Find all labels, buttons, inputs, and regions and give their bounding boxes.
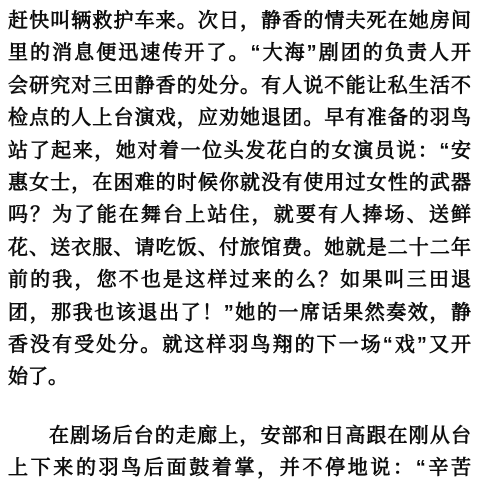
text-line: 站了起来，她对着一位头发花白的女演员说：“安 (8, 135, 471, 167)
text-line: 在剧场后台的走廊上，安部和日高跟在刚从台 (8, 420, 471, 452)
text-line: 团，那我也该退出了！”她的一席话果然奏效，静 (8, 297, 471, 329)
text-line: 上下来的羽鸟后面鼓着掌，并不停地说：“辛苦 (8, 452, 471, 484)
paragraph-2: 在剧场后台的走廊上，安部和日高跟在刚从台 上下来的羽鸟后面鼓着掌，并不停地说：“… (8, 420, 471, 485)
text-line: 赶快叫辆救护车来。次日，静香的情夫死在她房间 (8, 5, 471, 37)
text-line: 前的我，您不也是这样过来的么？如果叫三田退 (8, 264, 471, 296)
text-line: 惠女士，在困难的时候你就没有使用过女性的武器 (8, 167, 471, 199)
text-line: 花、送衣服、请吃饭、付旅馆费。她就是二十二年 (8, 232, 471, 264)
text-line: 会研究对三田静香的处分。有人说不能让私生活不 (8, 70, 471, 102)
scanned-page: 赶快叫辆救护车来。次日，静香的情夫死在她房间 里的消息便迅速传开了。“大海”剧团… (0, 0, 480, 488)
paragraph-1: 赶快叫辆救护车来。次日，静香的情夫死在她房间 里的消息便迅速传开了。“大海”剧团… (8, 5, 471, 394)
text-line: 检点的人上台演戏，应劝她退团。早有准备的羽鸟 (8, 102, 471, 134)
text-line: 吗？为了能在舞台上站住，就要有人捧场、送鲜 (8, 199, 471, 231)
text-line: 里的消息便迅速传开了。“大海”剧团的负责人开 (8, 37, 471, 69)
text-line: 始了。 (8, 361, 471, 393)
text-line: 香没有受处分。就这样羽鸟翔的下一场“戏”又开 (8, 329, 471, 361)
